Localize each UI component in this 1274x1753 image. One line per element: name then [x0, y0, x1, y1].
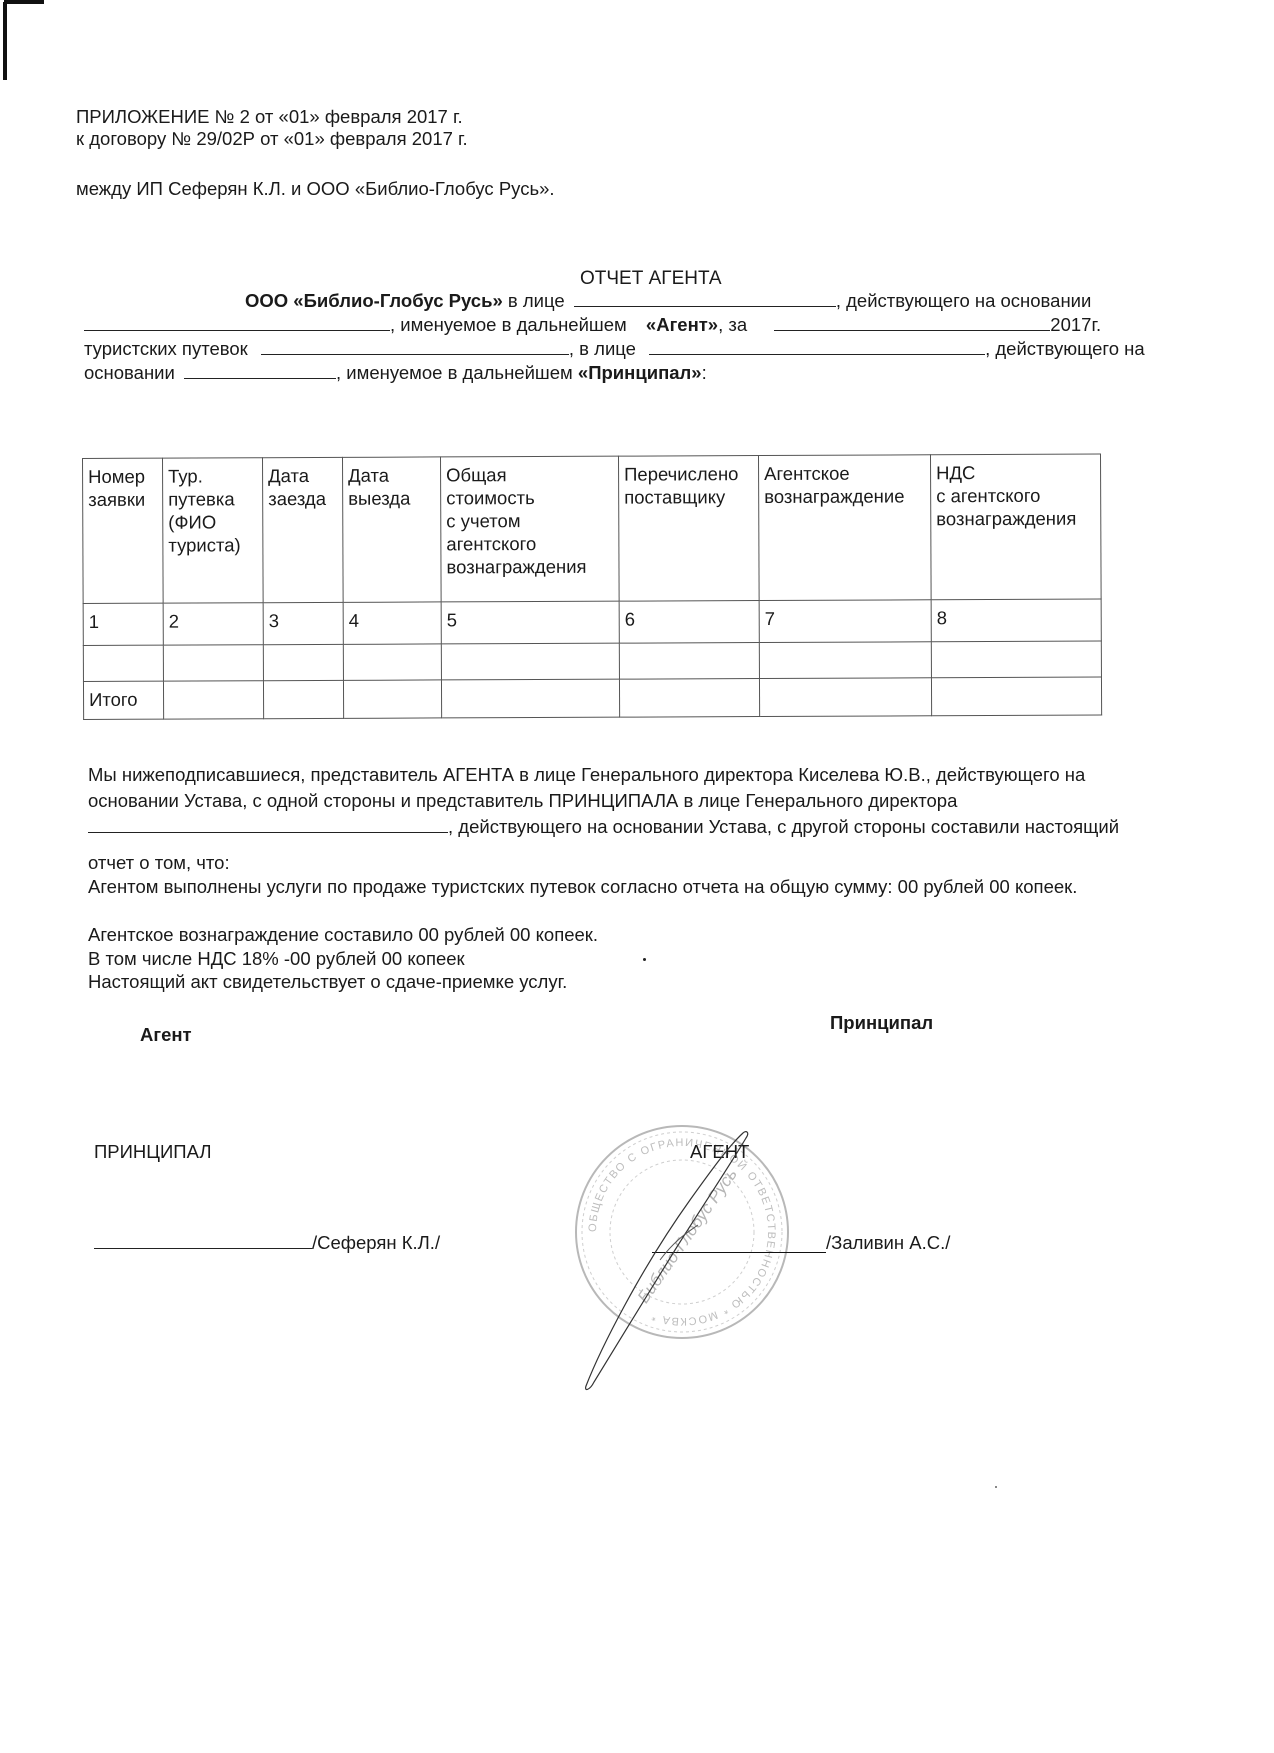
table-cell[interactable]	[163, 645, 263, 681]
blank-field-principal-name[interactable]	[261, 353, 569, 355]
header-departure-date: Датавыезда	[342, 457, 441, 602]
principal-signatory-name: /Сеферян К.Л./	[312, 1232, 440, 1253]
table-cell[interactable]	[931, 641, 1101, 678]
header-request-number: Номерзаявки	[83, 458, 164, 603]
body-line-3: , действующего на основании Устава, с др…	[88, 816, 1119, 838]
header-paid-to-supplier: Перечисленопоставщику	[618, 456, 759, 602]
document-title: ОТЧЕТ АГЕНТА	[580, 268, 722, 290]
header-arrival-date: Датазаезда	[263, 457, 344, 602]
blank-field-agent-representative[interactable]	[574, 305, 836, 307]
principal-signature-line: /Сеферян К.Л./	[94, 1232, 440, 1254]
blank-field-agent-basis[interactable]	[84, 329, 390, 331]
contract-parties: между ИП Сеферян К.Л. и ООО «Библио-Глоб…	[76, 178, 555, 200]
table-cell[interactable]	[343, 644, 441, 680]
table-cell[interactable]	[83, 645, 163, 681]
body-line-4: отчет о том, что:	[88, 852, 230, 874]
body-line-5: Агентом выполнены услуги по продаже тури…	[88, 876, 1077, 898]
table-cell[interactable]	[163, 681, 263, 719]
agent-fee-summary: Агентское вознаграждение составило 00 ру…	[88, 924, 598, 946]
table-cell: 3	[263, 602, 343, 644]
table-cell: 6	[619, 601, 759, 644]
table-cell[interactable]	[441, 643, 619, 680]
table-row	[83, 641, 1101, 681]
table-cell[interactable]	[263, 644, 343, 680]
table-cell[interactable]	[441, 679, 619, 718]
body-line-2: основании Устава, с одной стороны и пред…	[88, 790, 957, 812]
header-vat-on-fee: НДСс агентскоговознаграждения	[930, 454, 1101, 600]
agent-heading: Агент	[140, 1024, 192, 1046]
blank-field-principal-basis[interactable]	[184, 377, 336, 379]
contract-reference: к договору № 29/02Р от «01» февраля 2017…	[76, 128, 468, 150]
handwritten-signature-icon	[580, 1120, 780, 1400]
acceptance-statement: Настоящий акт свидетельствует о сдаче-пр…	[88, 971, 567, 993]
blank-field-period[interactable]	[774, 329, 1050, 331]
scan-edge-artifact	[4, 0, 44, 4]
scan-speck	[995, 1486, 997, 1488]
principal-signature-label: ПРИНЦИПАЛ	[94, 1141, 211, 1163]
agent-company-name: ООО «Библио-Глобус Русь»	[245, 290, 503, 311]
header-total-cost: Общаястоимостьс учетомагентскоговознагра…	[440, 456, 619, 602]
table-header-row: Номерзаявки Тур.путевка(ФИОтуриста) Дата…	[83, 454, 1102, 603]
intro-line-1: ООО «Библио-Глобус Русь» в лице , действ…	[245, 290, 1091, 312]
table-cell: 1	[83, 603, 163, 645]
column-number-row: 1 2 3 4 5 6 7 8	[83, 599, 1101, 645]
header-agent-fee: Агентскоевознаграждение	[758, 455, 931, 601]
principal-signature-field[interactable]	[94, 1247, 312, 1249]
table-cell[interactable]	[759, 678, 931, 717]
appendix-title: ПРИЛОЖЕНИЕ № 2 от «01» февраля 2017 г.	[76, 106, 463, 128]
scan-speck	[643, 958, 646, 961]
body-line-1: Мы нижеподписавшиеся, представитель АГЕН…	[88, 764, 1085, 786]
principal-heading: Принципал	[830, 1012, 933, 1034]
table-cell: 2	[163, 603, 263, 645]
table-cell[interactable]	[759, 642, 931, 679]
intro-line-3: туристских путевок , в лице , действующе…	[84, 338, 1145, 360]
table-cell[interactable]	[619, 643, 759, 680]
scan-edge-artifact	[3, 2, 7, 80]
blank-field-principal-representative[interactable]	[649, 353, 985, 355]
total-row: Итого	[83, 677, 1101, 719]
intro-line-4: основании , именуемое в дальнейшем «Прин…	[84, 362, 707, 384]
total-label: Итого	[83, 681, 163, 719]
table-cell: 4	[343, 602, 441, 644]
table-cell[interactable]	[931, 677, 1101, 716]
blank-field-principal-director[interactable]	[88, 831, 448, 833]
intro-line-2: , именуемое в дальнейшем «Агент», за 201…	[84, 314, 1101, 336]
table-cell: 5	[441, 601, 619, 644]
table-cell[interactable]	[263, 680, 343, 718]
header-tour-voucher: Тур.путевка(ФИОтуриста)	[163, 458, 264, 603]
principal-term: «Принципал»	[578, 362, 702, 383]
agent-term: «Агент»	[646, 314, 718, 335]
agent-report-table: Номерзаявки Тур.путевка(ФИОтуриста) Дата…	[82, 454, 1102, 720]
table-cell: 7	[759, 600, 931, 643]
table-cell[interactable]	[343, 680, 441, 718]
table-cell[interactable]	[619, 679, 759, 718]
vat-summary: В том числе НДС 18% -00 рублей 00 копеек	[88, 948, 465, 970]
agent-signatory-name: /Заливин А.С./	[826, 1232, 950, 1254]
table-cell: 8	[931, 599, 1101, 642]
